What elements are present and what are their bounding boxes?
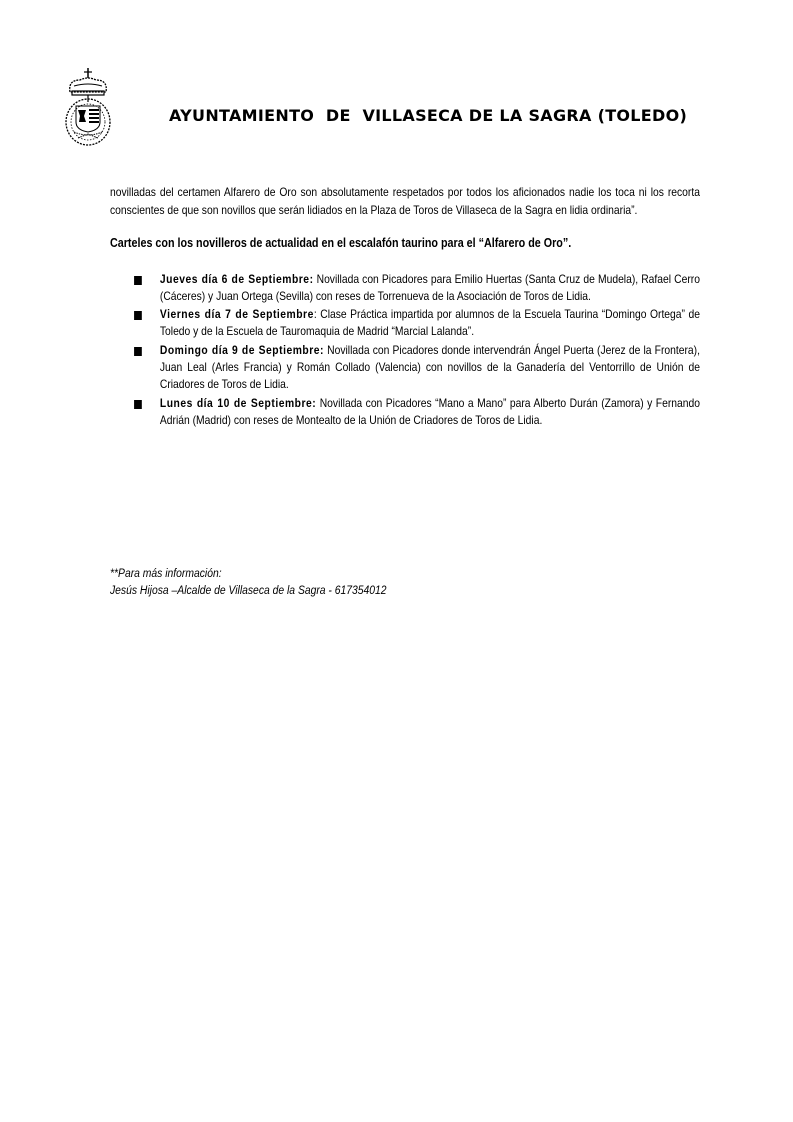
list-item: Jueves día 6 de Septiembre: Novillada co… bbox=[160, 271, 700, 306]
square-bullet-icon bbox=[134, 276, 142, 285]
info-label: **Para más información: bbox=[110, 566, 387, 583]
list-item: Viernes día 7 de Septiembre: Clase Práct… bbox=[160, 306, 700, 341]
contact-line: Jesús Hijosa –Alcalde de Villaseca de la… bbox=[110, 583, 387, 600]
coat-of-arms-icon bbox=[62, 66, 114, 148]
event-date: Domingo día 9 de Septiembre: bbox=[160, 343, 324, 357]
list-item: Domingo día 9 de Septiembre: Novillada c… bbox=[160, 342, 700, 394]
section-heading: Carteles con los novilleros de actualida… bbox=[110, 235, 700, 253]
square-bullet-icon bbox=[134, 311, 142, 320]
event-list: Jueves día 6 de Septiembre: Novillada co… bbox=[110, 271, 700, 430]
contact-block: **Para más información: Jesús Hijosa –Al… bbox=[110, 566, 387, 600]
document-body: novilladas del certamen Alfarero de Oro … bbox=[110, 184, 700, 430]
event-date: Lunes día 10 de Septiembre: bbox=[160, 396, 316, 410]
document-page: AYUNTAMIENTO DE VILLASECA DE LA SAGRA (T… bbox=[0, 0, 793, 1122]
intro-paragraph: novilladas del certamen Alfarero de Oro … bbox=[110, 184, 700, 219]
page-title: AYUNTAMIENTO DE VILLASECA DE LA SAGRA (T… bbox=[169, 106, 687, 125]
event-date: Viernes día 7 de Septiembre bbox=[160, 307, 314, 321]
event-date: Jueves día 6 de Septiembre: bbox=[160, 272, 314, 286]
square-bullet-icon bbox=[134, 347, 142, 356]
square-bullet-icon bbox=[134, 400, 142, 409]
list-item: Lunes día 10 de Septiembre: Novillada co… bbox=[160, 395, 700, 430]
